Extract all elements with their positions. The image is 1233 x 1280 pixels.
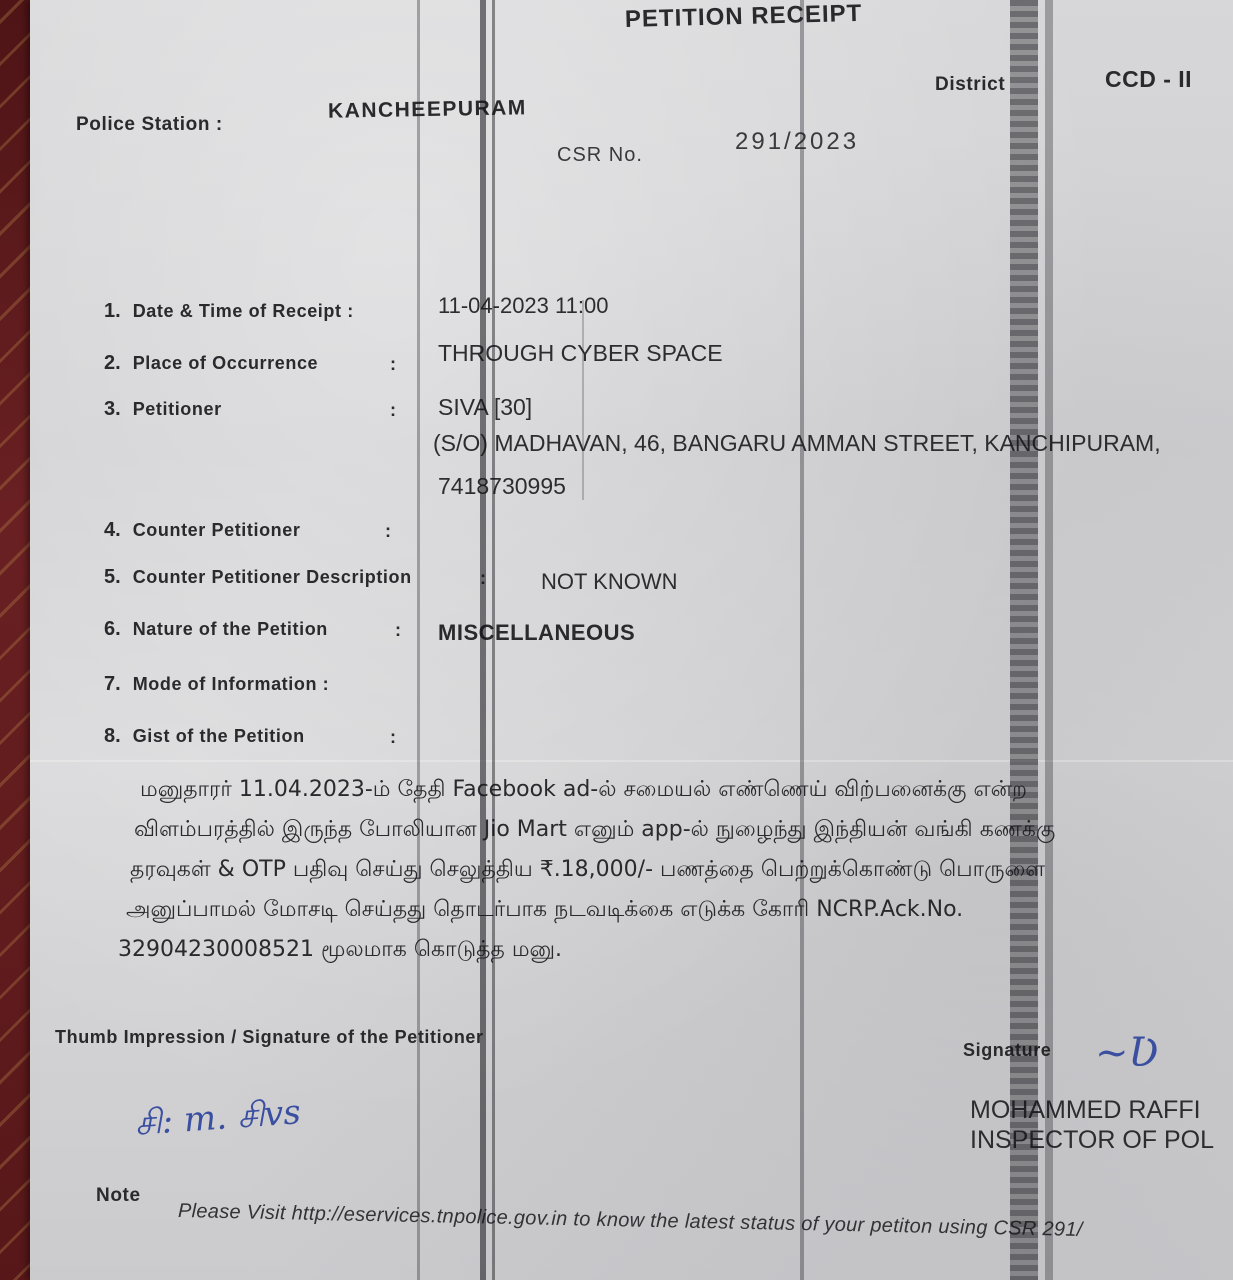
officer-signature: ~Ʋ bbox=[1095, 1030, 1159, 1076]
officer-name: MOHAMMED RAFFI bbox=[970, 1096, 1201, 1125]
gist-line: மனுதாரர் 11.04.2023-ம் தேதி Facebook ad-… bbox=[118, 770, 1233, 810]
field-value-place: THROUGH CYBER SPACE bbox=[438, 340, 723, 367]
field-number: 4. bbox=[104, 519, 121, 541]
field-number: 8. bbox=[104, 725, 121, 747]
colon: : bbox=[480, 568, 486, 589]
field-value-petitioner-phone: 7418730995 bbox=[438, 473, 566, 500]
district-label: District bbox=[935, 74, 1005, 96]
gist-line: விளம்பரத்தில் இருந்த போலியான Jio Mart என… bbox=[118, 810, 1233, 850]
field-row-gist: 8.Gist of the Petition bbox=[104, 725, 305, 748]
field-row-counter-petitioner: 4.Counter Petitioner bbox=[104, 519, 301, 542]
field-row-nature: 6.Nature of the Petition bbox=[104, 618, 328, 641]
csr-label: CSR No. bbox=[557, 144, 643, 167]
officer-signature-label: Signature bbox=[963, 1040, 1051, 1061]
csr-value: 291/2023 bbox=[735, 128, 859, 156]
field-label: Petitioner bbox=[133, 399, 222, 419]
field-label: Date & Time of Receipt : bbox=[133, 301, 354, 321]
field-label: Counter Petitioner bbox=[133, 520, 301, 540]
field-value-petitioner-name: SIVA [30] bbox=[438, 394, 532, 421]
field-number: 2. bbox=[104, 352, 121, 374]
district-value: CCD - II bbox=[1105, 66, 1192, 93]
field-value-petitioner-address: (S/O) MADHAVAN, 46, BANGARU AMMAN STREET… bbox=[433, 430, 1161, 457]
field-row-petitioner: 3.Petitioner bbox=[104, 398, 222, 421]
field-number: 6. bbox=[104, 618, 121, 640]
note-label: Note bbox=[96, 1185, 141, 1207]
field-label: Counter Petitioner Description bbox=[133, 567, 412, 587]
officer-title: INSPECTOR OF POL bbox=[970, 1126, 1214, 1155]
gist-line: தரவுகள் & OTP பதிவு செய்து செலுத்திய ₹.1… bbox=[118, 850, 1233, 890]
field-number: 5. bbox=[104, 566, 121, 588]
colon: : bbox=[395, 620, 401, 641]
colon: : bbox=[390, 727, 396, 748]
police-station-value: KANCHEEPURAM bbox=[328, 96, 527, 123]
field-row-date-time: 1.Date & Time of Receipt : bbox=[104, 300, 354, 323]
gist-text: மனுதாரர் 11.04.2023-ம் தேதி Facebook ad-… bbox=[118, 770, 1233, 970]
field-row-counter-description: 5.Counter Petitioner Description bbox=[104, 566, 412, 589]
paper-fold bbox=[30, 760, 1233, 762]
colon: : bbox=[385, 521, 391, 542]
field-number: 1. bbox=[104, 300, 121, 322]
field-value-counter-description: NOT KNOWN bbox=[541, 569, 677, 595]
field-value-date-time: 11-04-2023 11:00 bbox=[438, 293, 608, 319]
field-number: 3. bbox=[104, 398, 121, 420]
field-label: Gist of the Petition bbox=[133, 726, 305, 746]
field-row-mode: 7.Mode of Information : bbox=[104, 673, 329, 696]
gist-line: 32904230008521 மூலமாக கொடுத்த மனு. bbox=[118, 930, 1233, 970]
police-station-label: Police Station : bbox=[76, 114, 223, 136]
field-value-nature: MISCELLANEOUS bbox=[438, 620, 635, 646]
colon: : bbox=[390, 400, 396, 421]
field-label: Mode of Information : bbox=[133, 674, 330, 694]
field-row-place: 2.Place of Occurrence bbox=[104, 352, 318, 375]
field-label: Nature of the Petition bbox=[133, 619, 328, 639]
field-label: Place of Occurrence bbox=[133, 353, 319, 373]
colon: : bbox=[390, 354, 396, 375]
gist-line: அனுப்பாமல் மோசடி செய்தது தொடர்பாக நடவடிக… bbox=[118, 890, 1233, 930]
petitioner-signature-label: Thumb Impression / Signature of the Peti… bbox=[55, 1027, 484, 1048]
field-number: 7. bbox=[104, 673, 121, 695]
